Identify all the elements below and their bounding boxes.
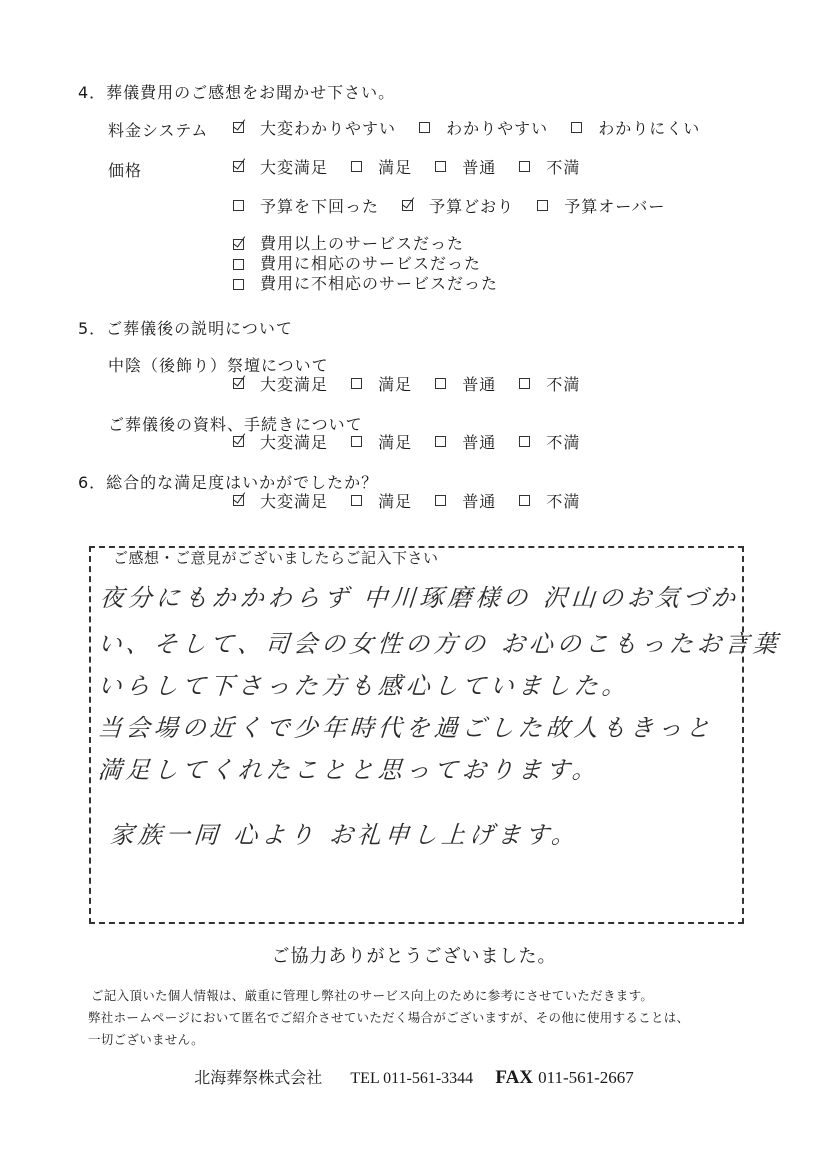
option-satisfied[interactable]: 満足 [351, 155, 412, 178]
comment-line-1: 夜分にもかかわらず 中川琢磨様の 沢山のお気づか [99, 578, 741, 613]
option-dissatisfied[interactable]: 不満 [519, 489, 580, 512]
option-worth-cost[interactable]: 費用に相応のサービスだった [233, 254, 498, 274]
comment-line-4: 当会場の近くで少年時代を過ごした故人もきっと [97, 708, 715, 743]
option-on-budget[interactable]: 予算どおり [402, 194, 514, 217]
price-label: 価格 [108, 158, 142, 181]
option-satisfied[interactable]: 満足 [351, 430, 412, 453]
pricing-system-label: 料金システム [108, 118, 208, 141]
option-satisfied[interactable]: 満足 [351, 489, 412, 512]
notice-line-1: ご記入頂いた個人情報は、厳重に管理し弊社のサービス向上のために参考にさせていただ… [88, 985, 689, 1007]
comment-line-3: いらして下さった方も感心していました。 [97, 666, 631, 701]
checkbox-icon[interactable] [571, 122, 582, 133]
option-dissatisfied[interactable]: 不満 [519, 430, 580, 453]
option-under-budget[interactable]: 予算を下回った [233, 194, 379, 217]
option-more-than-cost[interactable]: 費用以上のサービスだった [233, 234, 498, 254]
option-average[interactable]: 普通 [435, 155, 496, 178]
q4-title: 4．葬儀費用のご感想をお聞かせ下さい。 [78, 80, 395, 103]
company-name: 北海葬祭株式会社 [194, 1068, 322, 1087]
price-satisfaction-options: 大変満足 満足 普通 不満 [233, 155, 580, 178]
price-budget-options: 予算を下回った 予算どおり 予算オーバー [233, 194, 665, 217]
checkbox-checked-icon[interactable] [233, 436, 244, 447]
comment-line-2: い、そして、司会の女性の方の お心のこもったお言葉 [97, 624, 783, 659]
altar-options: 大変満足 満足 普通 不満 [233, 372, 580, 395]
option-easy[interactable]: わかりやすい [419, 116, 548, 139]
checkbox-checked-icon[interactable] [233, 378, 244, 389]
checkbox-icon[interactable] [519, 161, 530, 172]
price-service-options: 費用以上のサービスだった 費用に相応のサービスだった 費用に不相応のサービスだっ… [233, 234, 498, 294]
footer: 北海葬祭株式会社 TEL 011-561-3344 FAX 011-561-26… [0, 1065, 828, 1089]
checkbox-icon[interactable] [519, 436, 530, 447]
notice-line-2: 弊社ホームページにおいて匿名でご紹介させていただく場合がございますが、その他に使… [88, 1007, 689, 1029]
checkbox-icon[interactable] [519, 495, 530, 506]
checkbox-icon[interactable] [351, 378, 362, 389]
option-very-satisfied[interactable]: 大変満足 [233, 489, 328, 512]
option-average[interactable]: 普通 [435, 430, 496, 453]
option-dissatisfied[interactable]: 不満 [519, 372, 580, 395]
checkbox-icon[interactable] [537, 200, 548, 211]
checkbox-icon[interactable] [519, 378, 530, 389]
pricing-system-options: 大変わかりやすい わかりやすい わかりにくい [233, 116, 700, 139]
checkbox-icon[interactable] [435, 378, 446, 389]
checkbox-icon[interactable] [435, 161, 446, 172]
option-over-budget[interactable]: 予算オーバー [537, 194, 665, 217]
checkbox-icon[interactable] [351, 436, 362, 447]
option-not-worth-cost[interactable]: 費用に不相応のサービスだった [233, 274, 498, 294]
documents-options: 大変満足 満足 普通 不満 [233, 430, 580, 453]
checkbox-icon[interactable] [233, 200, 244, 211]
checkbox-checked-icon[interactable] [233, 122, 244, 133]
comment-line-6: 家族一同 心より お礼申し上げます。 [109, 815, 581, 850]
checkbox-icon[interactable] [435, 436, 446, 447]
overall-options: 大変満足 満足 普通 不満 [233, 489, 580, 512]
checkbox-icon[interactable] [435, 495, 446, 506]
checkbox-icon[interactable] [351, 161, 362, 172]
checkbox-checked-icon[interactable] [402, 200, 413, 211]
option-satisfied[interactable]: 満足 [351, 372, 412, 395]
option-very-satisfied[interactable]: 大変満足 [233, 372, 328, 395]
checkbox-checked-icon[interactable] [233, 239, 244, 250]
option-hard[interactable]: わかりにくい [571, 116, 700, 139]
checkbox-icon[interactable] [351, 495, 362, 506]
fax-number: 011-561-2667 [538, 1068, 634, 1087]
checkbox-icon[interactable] [233, 259, 244, 270]
checkbox-checked-icon[interactable] [233, 495, 244, 506]
privacy-notice: ご記入頂いた個人情報は、厳重に管理し弊社のサービス向上のために参考にさせていただ… [88, 985, 689, 1051]
checkbox-icon[interactable] [419, 122, 430, 133]
option-dissatisfied[interactable]: 不満 [519, 155, 580, 178]
option-very-satisfied[interactable]: 大変満足 [233, 155, 328, 178]
comment-line-5: 満足してくれたことと思っております。 [97, 750, 602, 785]
comment-label: ご感想・ご意見がございましたらご記入下さい [113, 547, 439, 568]
option-average[interactable]: 普通 [435, 489, 496, 512]
fax-label: FAX [495, 1067, 533, 1088]
phone-number: TEL 011-561-3344 [350, 1070, 473, 1087]
q5-title: 5．ご葬儀後の説明について [78, 316, 293, 339]
thanks-message: ご協力ありがとうございました。 [0, 942, 828, 968]
checkbox-icon[interactable] [233, 279, 244, 290]
checkbox-checked-icon[interactable] [233, 161, 244, 172]
option-very-easy[interactable]: 大変わかりやすい [233, 116, 396, 139]
option-average[interactable]: 普通 [435, 372, 496, 395]
notice-line-3: 一切ございません。 [88, 1029, 689, 1051]
option-very-satisfied[interactable]: 大変満足 [233, 430, 328, 453]
